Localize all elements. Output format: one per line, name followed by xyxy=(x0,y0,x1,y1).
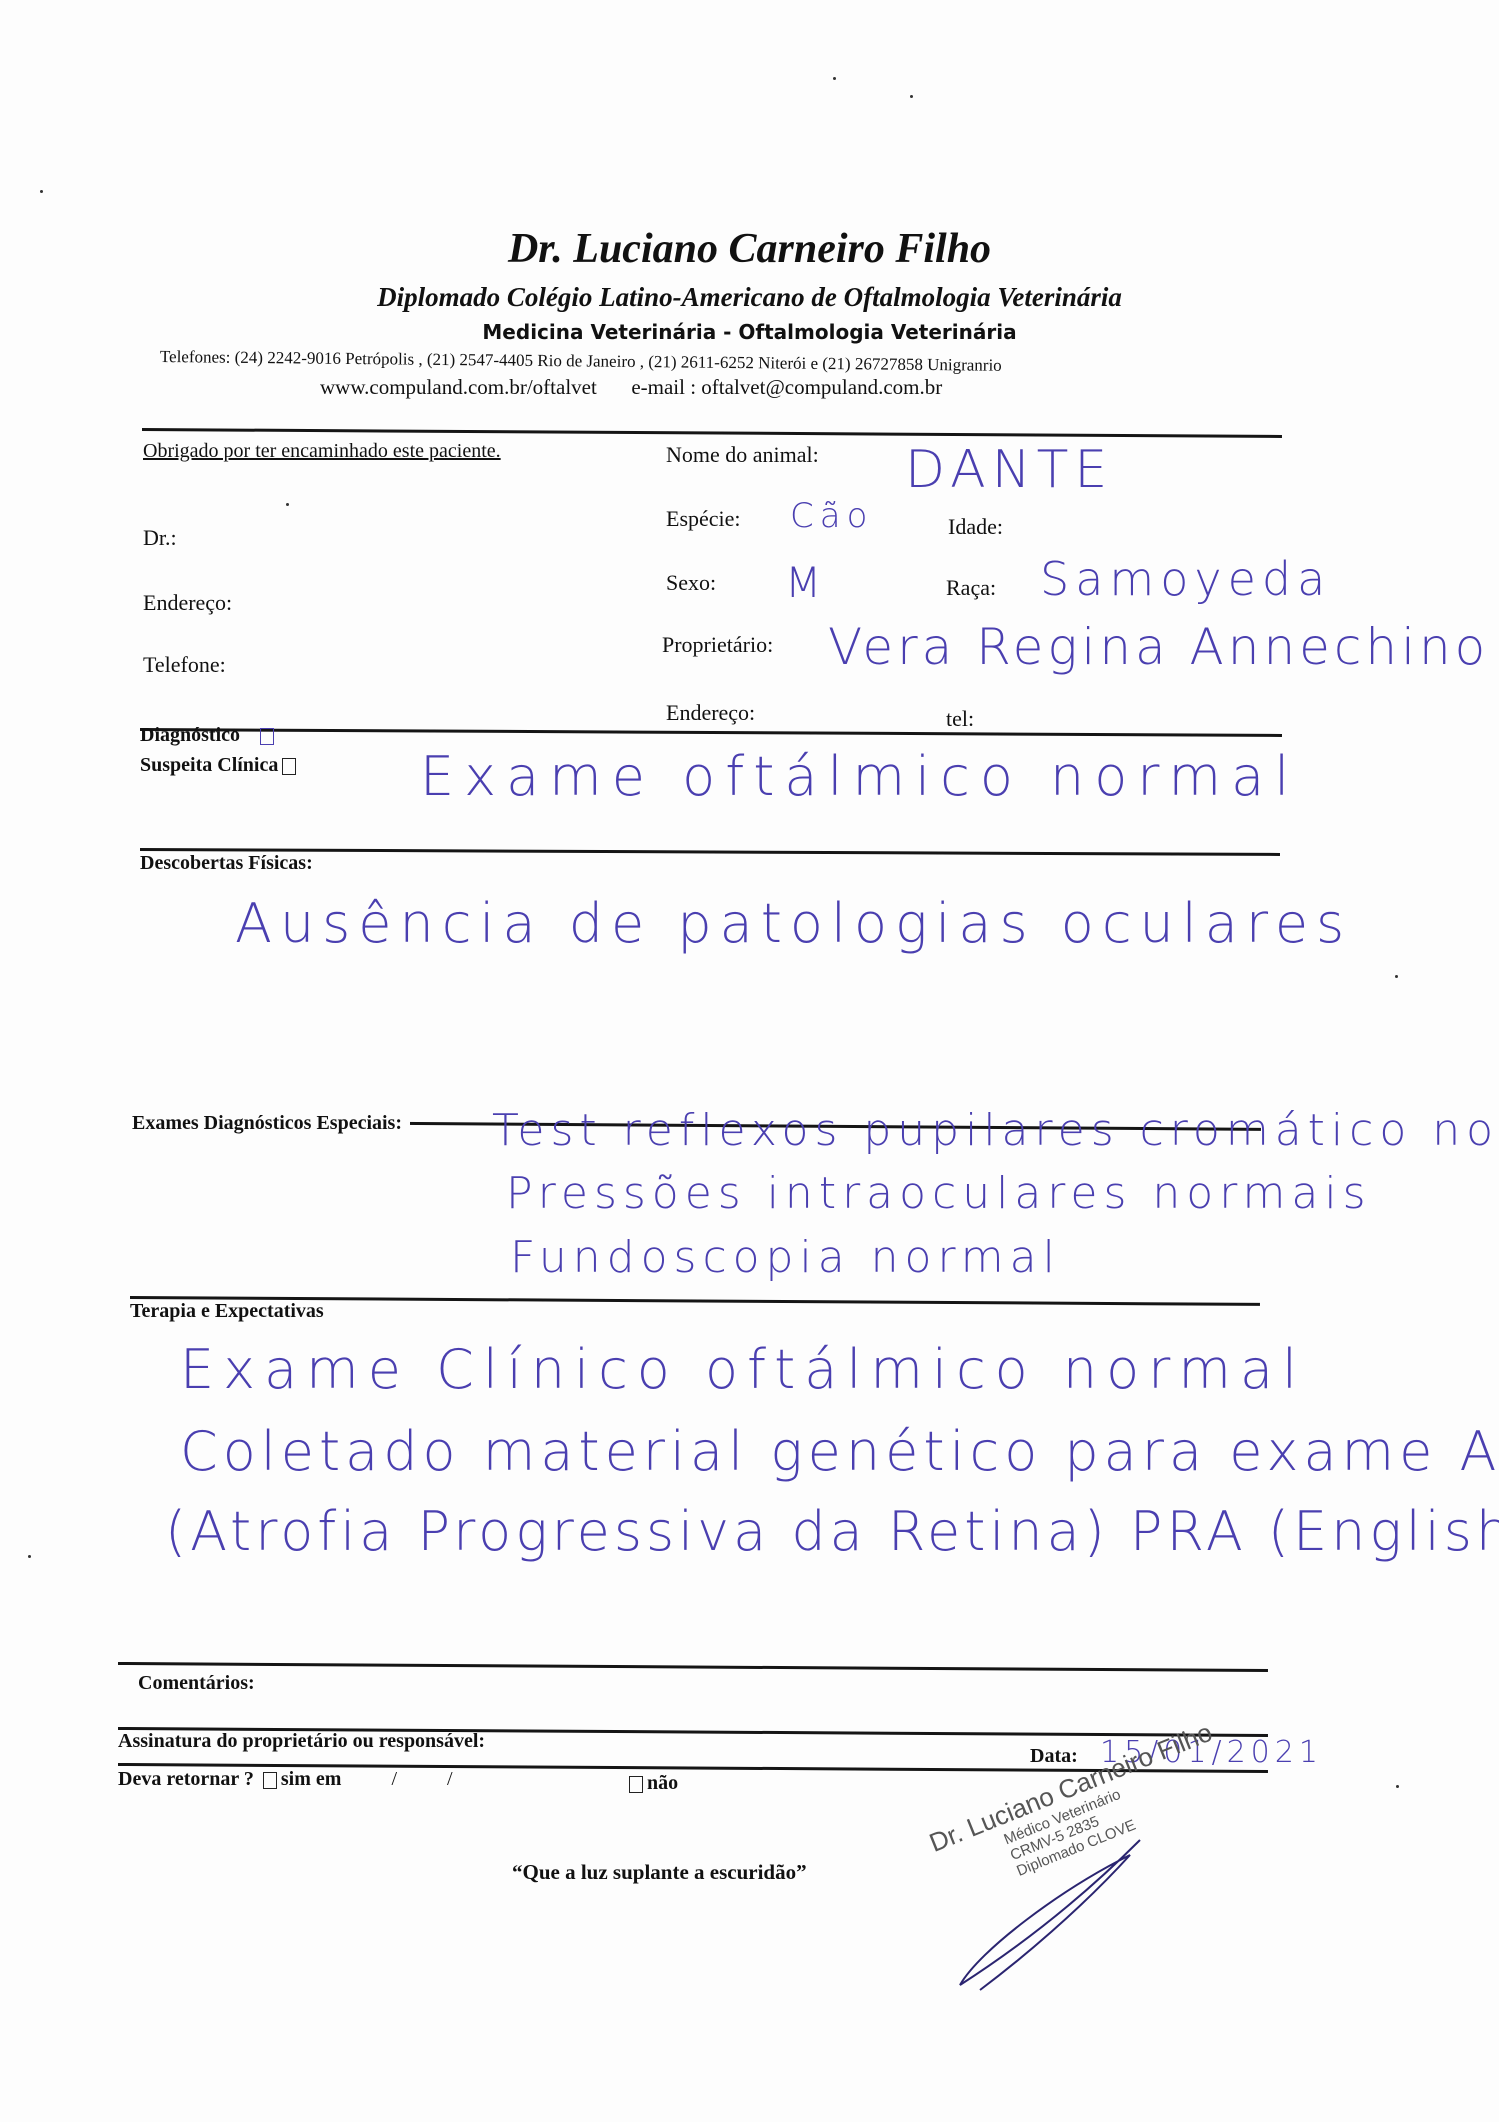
letterhead-phones: Telefones: (24) 2242-9016 Petrópolis , (… xyxy=(160,347,1002,376)
letterhead-specialty: Medicina Veterinária - Oftalmologia Vete… xyxy=(0,320,1499,344)
return-no-label: não xyxy=(647,1772,678,1794)
physical-findings-label: Descobertas Físicas: xyxy=(140,852,313,875)
clinical-suspicion-checkbox[interactable] xyxy=(282,758,296,775)
special-exams-line-1[interactable]: Test reflexos pupilares cromático normal xyxy=(492,1105,1499,1156)
owner-label: Proprietário: xyxy=(662,632,773,658)
motto: “Que a luz suplante a escuridão” xyxy=(512,1860,807,1885)
clinical-suspicion-label: Suspeita Clínica xyxy=(140,754,278,776)
species-value[interactable]: Cão xyxy=(790,496,873,536)
diagnosis-value[interactable]: Exame oftálmico normal xyxy=(420,745,1299,808)
letterhead-contact: www.compuland.com.br/oftalvet e-mail : o… xyxy=(320,375,942,400)
clinical-suspicion-option[interactable]: Suspeita Clínica xyxy=(140,754,300,777)
return-question: Deva retornar ? xyxy=(118,1768,254,1790)
therapy-line-3[interactable]: (Atrofia Progressiva da Retina) PRA (Eng… xyxy=(165,1500,1499,1563)
animal-name-value[interactable]: DANTE xyxy=(905,440,1113,500)
speck xyxy=(1395,975,1398,978)
therapy-line-2[interactable]: Coletado material genético para exame AP… xyxy=(180,1420,1499,1483)
signature-scribble-icon xyxy=(940,1820,1160,2000)
email-link[interactable]: : oftalvet@compuland.com.br xyxy=(690,375,942,399)
sex-value[interactable]: M xyxy=(785,558,827,607)
therapy-label: Terapia e Expectativas xyxy=(130,1300,324,1323)
sex-label: Sexo: xyxy=(666,570,716,596)
speck xyxy=(910,95,913,98)
return-on-label: em xyxy=(316,1768,342,1790)
species-label: Espécie: xyxy=(666,506,741,532)
speck xyxy=(1396,1785,1399,1788)
animal-name-label: Nome do animal: xyxy=(666,442,819,468)
speck xyxy=(28,1555,31,1558)
return-date-field[interactable]: / / xyxy=(391,1768,452,1790)
divider xyxy=(118,1662,1268,1672)
date-label: Data: xyxy=(1030,1745,1078,1768)
owner-value[interactable]: Vera Regina Annechino xyxy=(828,618,1489,676)
comments-label: Comentários: xyxy=(138,1672,255,1695)
email-label: e-mail xyxy=(631,375,685,399)
breed-label: Raça: xyxy=(946,575,996,601)
owner-signature-label: Assinatura do proprietário ou responsáve… xyxy=(118,1730,485,1753)
letterhead-subtitle: Diplomado Colégio Latino-Americano de Of… xyxy=(0,282,1499,313)
divider xyxy=(142,428,1282,438)
age-label: Idade: xyxy=(948,514,1003,540)
therapy-line-1[interactable]: Exame Clínico oftálmico normal xyxy=(180,1338,1306,1401)
breed-value[interactable]: Samoyeda xyxy=(1040,552,1331,606)
referring-dr-label: Dr.: xyxy=(143,525,177,551)
diagnosis-label: Diagnóstico xyxy=(140,724,240,746)
return-no-checkbox[interactable] xyxy=(629,1776,643,1793)
owner-address-label: Endereço: xyxy=(666,700,755,726)
special-exams-label: Exames Diagnósticos Especiais: xyxy=(132,1112,410,1135)
special-exams-line-2[interactable]: Pressões intraoculares normais xyxy=(506,1168,1372,1219)
referring-address-label: Endereço: xyxy=(143,590,232,616)
speck xyxy=(40,190,43,193)
diagnosis-checkbox-checked[interactable] xyxy=(260,728,274,745)
return-yes-label: sim xyxy=(281,1768,311,1790)
referring-phone-label: Telefone: xyxy=(143,652,226,678)
return-question-row: Deva retornar ? sim em / / xyxy=(118,1768,453,1791)
speck xyxy=(286,503,289,506)
physical-findings-value[interactable]: Ausência de patologias oculares xyxy=(235,892,1352,955)
owner-tel-label: tel: xyxy=(946,706,974,732)
diagnosis-option[interactable]: Diagnóstico xyxy=(140,724,278,747)
speck xyxy=(833,77,836,80)
return-no-option[interactable]: não xyxy=(625,1772,678,1795)
doctor-name-title: Dr. Luciano Carneiro Filho xyxy=(0,225,1499,273)
return-yes-checkbox[interactable] xyxy=(263,1772,277,1789)
special-exams-line-3[interactable]: Fundoscopia normal xyxy=(510,1232,1061,1283)
divider xyxy=(140,728,1282,737)
website-link[interactable]: www.compuland.com.br/oftalvet xyxy=(320,375,597,399)
referral-thanks: Obrigado por ter encaminhado este pacien… xyxy=(143,440,501,463)
